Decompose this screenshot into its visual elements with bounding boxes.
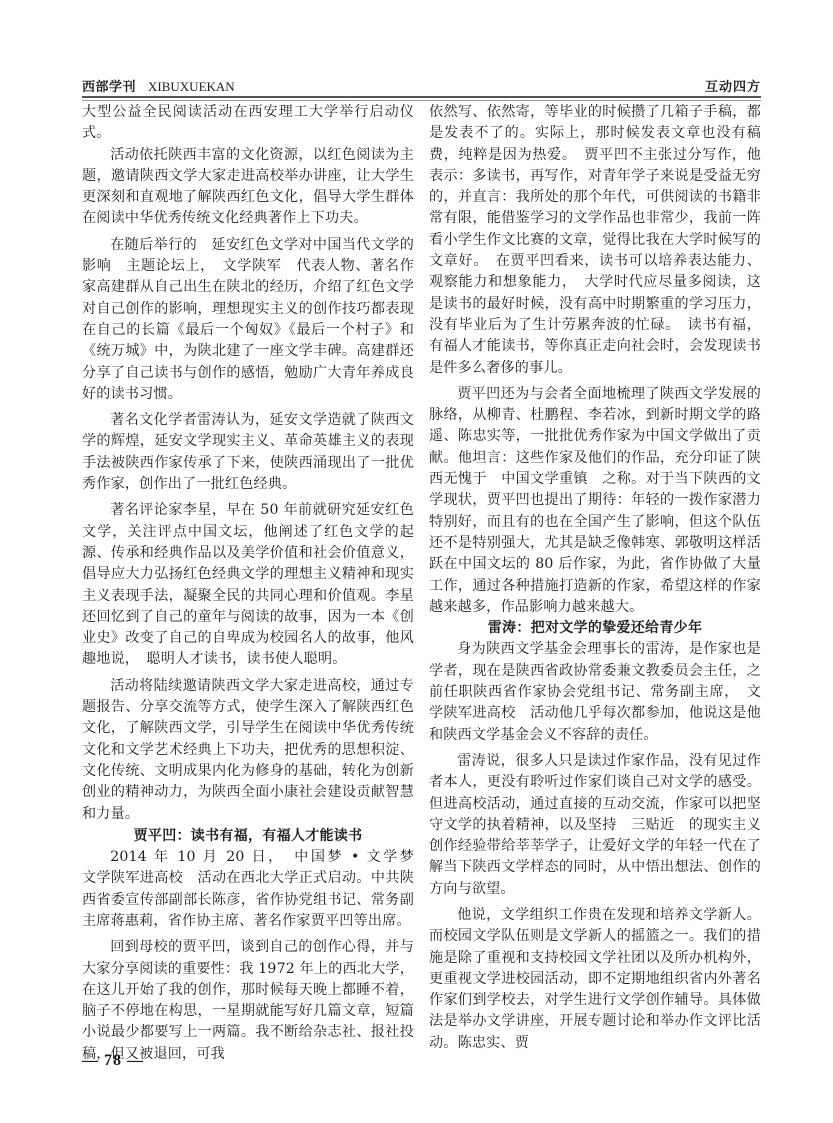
paragraph: 贾平凹还为与会者全面地梳理了陕西文学发展的脉络，从柳青、杜鹏程、李若冰，到新时期… — [429, 384, 761, 618]
right-column: 依然写、依然寄，等毕业的时候攒了几箱子手稿，都是发表不了的。实际上，那时候发表文… — [429, 102, 761, 1054]
paragraph: 著名评论家李星，早在 50 年前就研究延安红色文学，关注评点中国文坛，他阐述了红… — [82, 500, 414, 670]
left-column: 大型公益全民阅读活动在西安理工大学举行启动仪式。 活动依托陕西丰富的文化资源，以… — [82, 102, 414, 1065]
paragraph: 活动将陆续邀请陕西文学大家走进高校，通过专题报告、分享交流等方式，使学生深入了解… — [82, 676, 414, 825]
section-title: 互动四方 — [705, 76, 761, 95]
paragraph: 身为陕西文学基金会理事长的雷涛，是作家也是学者，现在是陕西省政协常委兼文教委员会… — [429, 639, 761, 745]
paragraph: 著名文化学者雷涛认为，延安文学造就了陕西文学的辉煌，延安文学现实主义、革命英雄主… — [82, 410, 414, 495]
running-head: 西部学刊XIBUXUEKAN 互动四方 — [82, 76, 761, 94]
journal-title-cn: 西部学刊 — [82, 80, 136, 95]
paragraph: 活动依托陕西丰富的文化资源，以红色阅读为主题，邀请陕西文学大家走进高校举办讲座，… — [82, 145, 414, 230]
paragraph: 2014 年 10 月 20 日， 中国梦 • 文学梦 文学陕军进高校 活动在西… — [82, 847, 414, 932]
paragraph: 雷涛说，很多人只是读过作家作品，没有见过作者本人，更没有聆听过作家们谈自己对文学… — [429, 751, 761, 900]
header-rule-thin — [82, 100, 761, 101]
paragraph: 他说，文学组织工作贵在发现和培养文学新人。而校园文学队伍则是文学新人的摇篮之一。… — [429, 905, 761, 1054]
paragraph: 在随后举行的 延安红色文学对中国当代文学的影响 主题论坛上， 文学陕军 代表人物… — [82, 235, 414, 405]
header-rule-thick — [82, 96, 761, 98]
journal-page: 西部学刊XIBUXUEKAN 互动四方 大型公益全民阅读活动在西安理工大学举行启… — [82, 0, 761, 1123]
paragraph: 依然写、依然寄，等毕业的时候攒了几箱子手稿，都是发表不了的。实际上，那时候发表文… — [429, 102, 761, 379]
paragraph: 大型公益全民阅读活动在西安理工大学举行启动仪式。 — [82, 102, 414, 145]
section-heading: 雷涛：把对文学的挚爱还给青少年 — [429, 618, 761, 639]
journal-title: 西部学刊XIBUXUEKAN — [82, 76, 235, 95]
paragraph: 回到母校的贾平凹，谈到自己的创作心得，并与大家分享阅读的重要性：我 1972 年… — [82, 937, 414, 1065]
journal-title-latin: XIBUXUEKAN — [148, 79, 235, 94]
section-heading: 贾平凹：读书有福，有福人才能读书 — [82, 826, 414, 847]
page-number: — 78 — — [82, 1052, 144, 1070]
